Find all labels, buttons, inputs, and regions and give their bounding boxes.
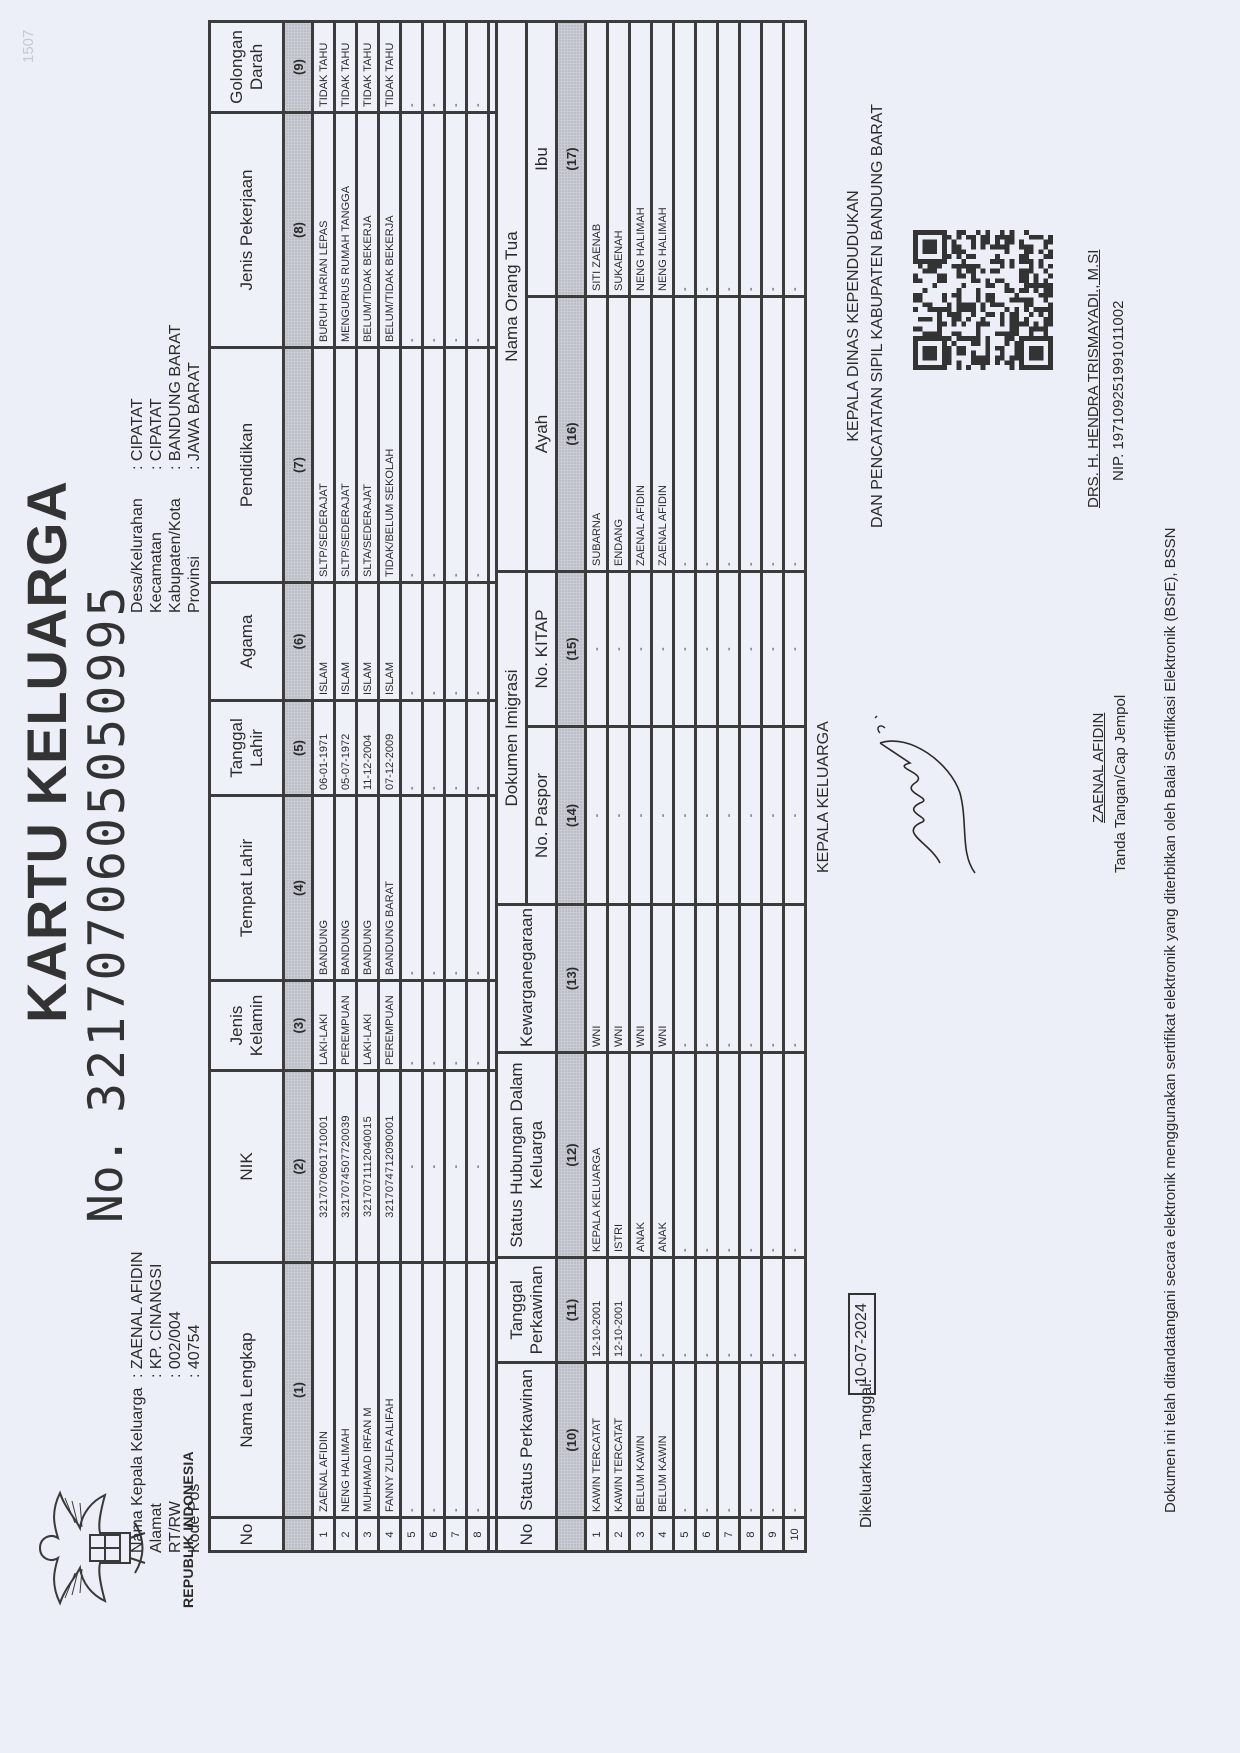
table-cell: - <box>718 1258 740 1363</box>
table-cell: ZAENAL AFIDIN <box>313 1263 335 1518</box>
row-number: 6 <box>696 1518 718 1552</box>
table-cell: - <box>696 22 718 297</box>
table-row: 4FANNY ZULFA ALIFAH3217074712090001PEREM… <box>379 22 401 1552</box>
col-header: Nama Lengkap <box>210 1263 284 1518</box>
row-number: 3 <box>630 1518 652 1552</box>
table-cell: - <box>423 348 445 583</box>
info-label: Alamat <box>147 1378 166 1553</box>
row-number: 2 <box>608 1518 630 1552</box>
table-cell: 06-01-1971 <box>313 701 335 796</box>
official-nip: NIP. 197109251991011002 <box>1110 301 1127 481</box>
table-cell: 11-12-2004 <box>357 701 379 796</box>
table-cell: - <box>586 727 608 905</box>
table-cell: - <box>784 297 806 572</box>
table-cell: ANAK <box>630 1053 652 1258</box>
table-cell: - <box>718 572 740 727</box>
table-cell: ISTRI <box>608 1053 630 1258</box>
table-cell: - <box>696 727 718 905</box>
table-cell: 07-12-2009 <box>379 701 401 796</box>
table-row: 1KAWIN TERCATAT12-10-2001KEPALA KELUARGA… <box>586 22 608 1552</box>
table-cell: - <box>718 297 740 572</box>
table-row: 1ZAENAL AFIDIN3217070601710001LAKI-LAKIB… <box>313 22 335 1552</box>
table-cell: - <box>762 297 784 572</box>
table-cell: TIDAK TAHU <box>357 22 379 113</box>
table-cell: SUKAENAH <box>608 22 630 297</box>
table-cell: - <box>445 583 467 701</box>
table-cell: - <box>423 796 445 981</box>
table-cell: - <box>784 1363 806 1518</box>
table-cell: - <box>674 1363 696 1518</box>
table-cell: - <box>423 1263 445 1518</box>
table-cell: - <box>445 113 467 348</box>
table-cell: - <box>762 1053 784 1258</box>
table-cell: - <box>401 22 423 113</box>
col-number: (7) <box>284 348 313 583</box>
members-table: No Nama Lengkap NIK Jenis Kelamin Tempat… <box>208 20 534 1553</box>
office-line-1: KEPALA DINAS KEPENDUDUKAN <box>842 104 866 528</box>
col-number: (6) <box>284 583 313 701</box>
table-cell: - <box>423 981 445 1071</box>
table-cell: - <box>740 1363 762 1518</box>
table-row: 6-------- <box>696 22 718 1552</box>
table-cell: - <box>696 905 718 1053</box>
table-cell: 3217071112040015 <box>357 1071 379 1263</box>
col-header: No <box>497 1518 557 1552</box>
table-cell: - <box>718 1053 740 1258</box>
group-header: Nama Orang Tua <box>497 22 527 572</box>
info-label: Provinsi <box>185 470 204 613</box>
office-line-2: DAN PENCATATAN SIPIL KABUPATEN BANDUNG B… <box>866 104 890 528</box>
table-cell: - <box>696 572 718 727</box>
info-label: Nama Kepala Keluarga <box>128 1378 147 1553</box>
table-cell: - <box>630 1258 652 1363</box>
table-cell: WNI <box>652 905 674 1053</box>
info-value: : CIPATAT <box>147 398 166 470</box>
e-sign-disclaimer: Dokumen ini telah ditandatangani secara … <box>1162 527 1179 1513</box>
col-number: (2) <box>284 1071 313 1263</box>
table-cell: FANNY ZULFA ALIFAH <box>379 1263 401 1518</box>
col-number: (12) <box>557 1053 586 1258</box>
col-header: Tempat Lahir <box>210 796 284 981</box>
table-cell: KAWIN TERCATAT <box>608 1363 630 1518</box>
table-cell: - <box>740 22 762 297</box>
table-cell: - <box>762 572 784 727</box>
info-label: Desa/Kelurahan <box>128 470 147 613</box>
table-cell: - <box>784 905 806 1053</box>
table-row: 4BELUM KAWIN-ANAKWNI--ZAENAL AFIDINNENG … <box>652 22 674 1552</box>
col-header: Golongan Darah <box>210 22 284 113</box>
col-header: No. Paspor <box>527 727 557 905</box>
household-info: Nama Kepala Keluarga: ZAENAL AFIDIN Alam… <box>128 1251 204 1553</box>
row-number: 7 <box>718 1518 740 1552</box>
table-cell: ZAENAL AFIDIN <box>630 297 652 572</box>
table-cell: LAKI-LAKI <box>313 981 335 1071</box>
info-value: : 40754 <box>185 1325 204 1378</box>
page-mark: 1507 <box>20 30 37 63</box>
table-cell: ISLAM <box>313 583 335 701</box>
info-value: : BANDUNG BARAT <box>166 325 185 471</box>
table-cell: SLTP/SEDERAJAT <box>335 348 357 583</box>
row-number: 5 <box>674 1518 696 1552</box>
table-cell: - <box>674 905 696 1053</box>
row-number: 6 <box>423 1518 445 1552</box>
info-value: : CIPATAT <box>128 398 147 470</box>
info-value: : 002/004 <box>166 1311 185 1378</box>
issued-label: Dikeluarkan Tanggal: <box>858 1379 876 1528</box>
table-cell: - <box>652 572 674 727</box>
table-cell: - <box>762 1258 784 1363</box>
table-cell: - <box>784 22 806 297</box>
info-value: : ZAENAL AFIDIN <box>128 1251 147 1378</box>
table-cell: - <box>740 1053 762 1258</box>
table-cell: TIDAK TAHU <box>379 22 401 113</box>
table-cell: ISLAM <box>379 583 401 701</box>
table-cell: - <box>467 796 489 981</box>
group-header: Dokumen Imigrasi <box>497 572 527 905</box>
table-cell: - <box>401 981 423 1071</box>
table-cell: ISLAM <box>335 583 357 701</box>
table-cell: WNI <box>586 905 608 1053</box>
table-cell: KEPALA KELUARGA <box>586 1053 608 1258</box>
table-cell: - <box>467 981 489 1071</box>
table-cell: - <box>740 297 762 572</box>
table-cell: - <box>762 905 784 1053</box>
table-cell: NENG HALIMAH <box>335 1263 357 1518</box>
table-cell: - <box>401 348 423 583</box>
col-number: (3) <box>284 981 313 1071</box>
card-number: 3217070605050995 <box>78 583 136 1113</box>
table-cell: BURUH HARIAN LEPAS <box>313 113 335 348</box>
table-cell: WNI <box>630 905 652 1053</box>
table-cell: - <box>740 727 762 905</box>
table-row: 7--------- <box>445 22 467 1552</box>
row-number: 4 <box>379 1518 401 1552</box>
official-name: DRS. H. HENDRA TRISMAYADI., M.SI <box>1085 250 1102 508</box>
table-cell: - <box>718 905 740 1053</box>
table-cell: KAWIN TERCATAT <box>586 1363 608 1518</box>
table-cell: - <box>467 1071 489 1263</box>
table-cell: - <box>652 727 674 905</box>
table-cell: BELUM KAWIN <box>652 1363 674 1518</box>
table-cell: 3217070601710001 <box>313 1071 335 1263</box>
row-number: 2 <box>335 1518 357 1552</box>
table-cell: - <box>401 701 423 796</box>
table-cell: SITI ZAENAB <box>586 22 608 297</box>
row-number: 8 <box>467 1518 489 1552</box>
table-cell: - <box>423 701 445 796</box>
info-label: Kabupaten/Kota <box>166 470 185 613</box>
table-cell: 3217074712090001 <box>379 1071 401 1263</box>
table-cell: - <box>423 22 445 113</box>
row-number: 4 <box>652 1518 674 1552</box>
col-number: (4) <box>284 796 313 981</box>
table-cell: - <box>784 727 806 905</box>
head-name: ZAENAL AFIDIN <box>1090 713 1107 823</box>
col-number <box>284 1518 313 1552</box>
table-cell: ANAK <box>652 1053 674 1258</box>
table-cell: - <box>784 1053 806 1258</box>
table-cell: - <box>586 572 608 727</box>
col-number: (15) <box>557 572 586 727</box>
civil-status-table: No Status Perkawinan Tanggal Perkawinan … <box>495 20 807 1553</box>
table-cell: BANDUNG <box>357 796 379 981</box>
card-number-label: No. <box>78 1136 134 1223</box>
table-row: 8-------- <box>740 22 762 1552</box>
col-header: Agama <box>210 583 284 701</box>
table-cell: - <box>401 113 423 348</box>
signature-icon <box>840 663 990 883</box>
table-cell: - <box>762 727 784 905</box>
table-cell: - <box>445 701 467 796</box>
table-row: 2KAWIN TERCATAT12-10-2001ISTRIWNI--ENDAN… <box>608 22 630 1552</box>
table-cell: - <box>423 583 445 701</box>
table-cell: BELUM KAWIN <box>630 1363 652 1518</box>
table-cell: - <box>445 348 467 583</box>
col-header: Ayah <box>527 297 557 572</box>
info-label: RT/RW <box>166 1378 185 1553</box>
row-number: 7 <box>445 1518 467 1552</box>
table-cell: - <box>762 22 784 297</box>
col-header: Tanggal Lahir <box>210 701 284 796</box>
page-title: KARTU KELUARGA <box>14 480 79 1023</box>
table-cell: - <box>423 113 445 348</box>
table-row: 9-------- <box>762 22 784 1552</box>
table-cell: - <box>445 1071 467 1263</box>
issued-date: 10-07-2024 <box>848 1293 876 1395</box>
table-row: 3MUHAMAD IRFAN M3217071112040015LAKI-LAK… <box>357 22 379 1552</box>
table-row: 3BELUM KAWIN-ANAKWNI--ZAENAL AFIDINNENG … <box>630 22 652 1552</box>
table-cell: - <box>467 583 489 701</box>
table-cell: - <box>674 1258 696 1363</box>
table-cell: - <box>445 981 467 1071</box>
table-cell: - <box>674 297 696 572</box>
col-number <box>557 1518 586 1552</box>
table-cell: ZAENAL AFIDIN <box>652 297 674 572</box>
info-value: : KP. CINANGSI <box>147 1264 166 1378</box>
info-label: Kecamatan <box>147 470 166 613</box>
table-cell: - <box>608 727 630 905</box>
table-row: 7-------- <box>718 22 740 1552</box>
col-header: Jenis Pekerjaan <box>210 113 284 348</box>
col-number: (16) <box>557 297 586 572</box>
table-cell: - <box>630 727 652 905</box>
table-row: 10-------- <box>784 22 806 1552</box>
table-cell: - <box>445 796 467 981</box>
col-number: (11) <box>557 1258 586 1363</box>
table-cell: BELUM/TIDAK BEKERJA <box>357 113 379 348</box>
col-number: (1) <box>284 1263 313 1518</box>
table-cell: - <box>696 1363 718 1518</box>
table-cell: - <box>674 1053 696 1258</box>
table-row: 2NENG HALIMAH3217074507720039PEREMPUANBA… <box>335 22 357 1552</box>
col-number: (17) <box>557 22 586 297</box>
col-header: Tanggal Perkawinan <box>497 1258 557 1363</box>
col-number: (14) <box>557 727 586 905</box>
col-header: No <box>210 1518 284 1552</box>
table-cell: - <box>674 572 696 727</box>
row-number: 3 <box>357 1518 379 1552</box>
table-cell: - <box>696 1053 718 1258</box>
col-number: (10) <box>557 1363 586 1518</box>
table-cell: BANDUNG <box>313 796 335 981</box>
table-cell: SLTP/SEDERAJAT <box>313 348 335 583</box>
info-label: Kode Pos <box>185 1378 204 1553</box>
row-number: 1 <box>586 1518 608 1552</box>
table-cell: ENDANG <box>608 297 630 572</box>
table-cell: - <box>467 22 489 113</box>
table-cell: - <box>740 1258 762 1363</box>
table-cell: - <box>401 583 423 701</box>
table-cell: SLTA/SEDERAJAT <box>357 348 379 583</box>
head-title: KEPALA KELUARGA <box>815 721 833 873</box>
col-header: NIK <box>210 1071 284 1263</box>
col-header: Jenis Kelamin <box>210 981 284 1071</box>
table-cell: - <box>696 1258 718 1363</box>
qr-code-icon <box>913 230 1053 370</box>
row-number: 10 <box>784 1518 806 1552</box>
table-cell: NENG HALIMAH <box>630 22 652 297</box>
row-number: 9 <box>762 1518 784 1552</box>
table-cell: 3217074507720039 <box>335 1071 357 1263</box>
table-cell: 12-10-2001 <box>586 1258 608 1363</box>
col-number: (9) <box>284 22 313 113</box>
col-number: (13) <box>557 905 586 1053</box>
row-number: 1 <box>313 1518 335 1552</box>
col-header: Ibu <box>527 22 557 297</box>
table-cell: - <box>674 22 696 297</box>
table-cell: SUBARNA <box>586 297 608 572</box>
table-cell: MENGURUS RUMAH TANGGA <box>335 113 357 348</box>
table-cell: - <box>718 727 740 905</box>
table-cell: - <box>445 1263 467 1518</box>
table-cell: 12-10-2001 <box>608 1258 630 1363</box>
table-cell: - <box>467 1263 489 1518</box>
table-cell: - <box>445 22 467 113</box>
table-cell: ISLAM <box>357 583 379 701</box>
table-cell: - <box>696 297 718 572</box>
col-number: (8) <box>284 113 313 348</box>
col-header: No. KITAP <box>527 572 557 727</box>
col-header: Status Hubungan Dalam Keluarga <box>497 1053 557 1258</box>
table-cell: - <box>784 1258 806 1363</box>
table-cell: - <box>718 22 740 297</box>
table-cell: WNI <box>608 905 630 1053</box>
table-cell: - <box>423 1071 445 1263</box>
table-cell: - <box>740 572 762 727</box>
table-cell: TIDAK TAHU <box>313 22 335 113</box>
table-cell: - <box>652 1258 674 1363</box>
table-cell: PEREMPUAN <box>379 981 401 1071</box>
table-cell: TIDAK TAHU <box>335 22 357 113</box>
row-number: 8 <box>740 1518 762 1552</box>
table-cell: MUHAMAD IRFAN M <box>357 1263 379 1518</box>
table-cell: - <box>784 572 806 727</box>
table-cell: - <box>608 572 630 727</box>
table-cell: PEREMPUAN <box>335 981 357 1071</box>
table-cell: - <box>467 348 489 583</box>
table-cell: - <box>630 572 652 727</box>
table-cell: LAKI-LAKI <box>357 981 379 1071</box>
table-row: 5-------- <box>674 22 696 1552</box>
table-row: 6--------- <box>423 22 445 1552</box>
table-row: 8--------- <box>467 22 489 1552</box>
table-cell: BELUM/TIDAK BEKERJA <box>379 113 401 348</box>
office-title: KEPALA DINAS KEPENDUDUKAN DAN PENCATATAN… <box>842 104 890 528</box>
col-number: (5) <box>284 701 313 796</box>
table-cell: - <box>401 796 423 981</box>
table-cell: TIDAK/BELUM SEKOLAH <box>379 348 401 583</box>
row-number: 5 <box>401 1518 423 1552</box>
sign-note: Tanda Tangan/Cap Jempol <box>1112 695 1129 873</box>
table-cell: - <box>718 1363 740 1518</box>
table-cell: - <box>467 701 489 796</box>
col-header: Pendidikan <box>210 348 284 583</box>
table-cell: - <box>467 113 489 348</box>
table-cell: NENG HALIMAH <box>652 22 674 297</box>
table-cell: - <box>401 1263 423 1518</box>
col-header: Status Perkawinan <box>497 1363 557 1518</box>
region-info: Desa/Kelurahan: CIPATAT Kecamatan: CIPAT… <box>128 325 204 614</box>
info-value: : JAWA BARAT <box>185 362 204 470</box>
table-cell: - <box>740 905 762 1053</box>
table-cell: - <box>401 1071 423 1263</box>
col-header: Kewarganegaraan <box>497 905 557 1053</box>
table-cell: - <box>674 727 696 905</box>
table-row: 5--------- <box>401 22 423 1552</box>
table-cell: - <box>762 1363 784 1518</box>
family-card-document: 1507 REPUBLIK INDONESIA KARTU KELUARGA N… <box>0 0 1240 1753</box>
table-cell: BANDUNG <box>335 796 357 981</box>
table-cell: BANDUNG BARAT <box>379 796 401 981</box>
table-cell: 05-07-1972 <box>335 701 357 796</box>
